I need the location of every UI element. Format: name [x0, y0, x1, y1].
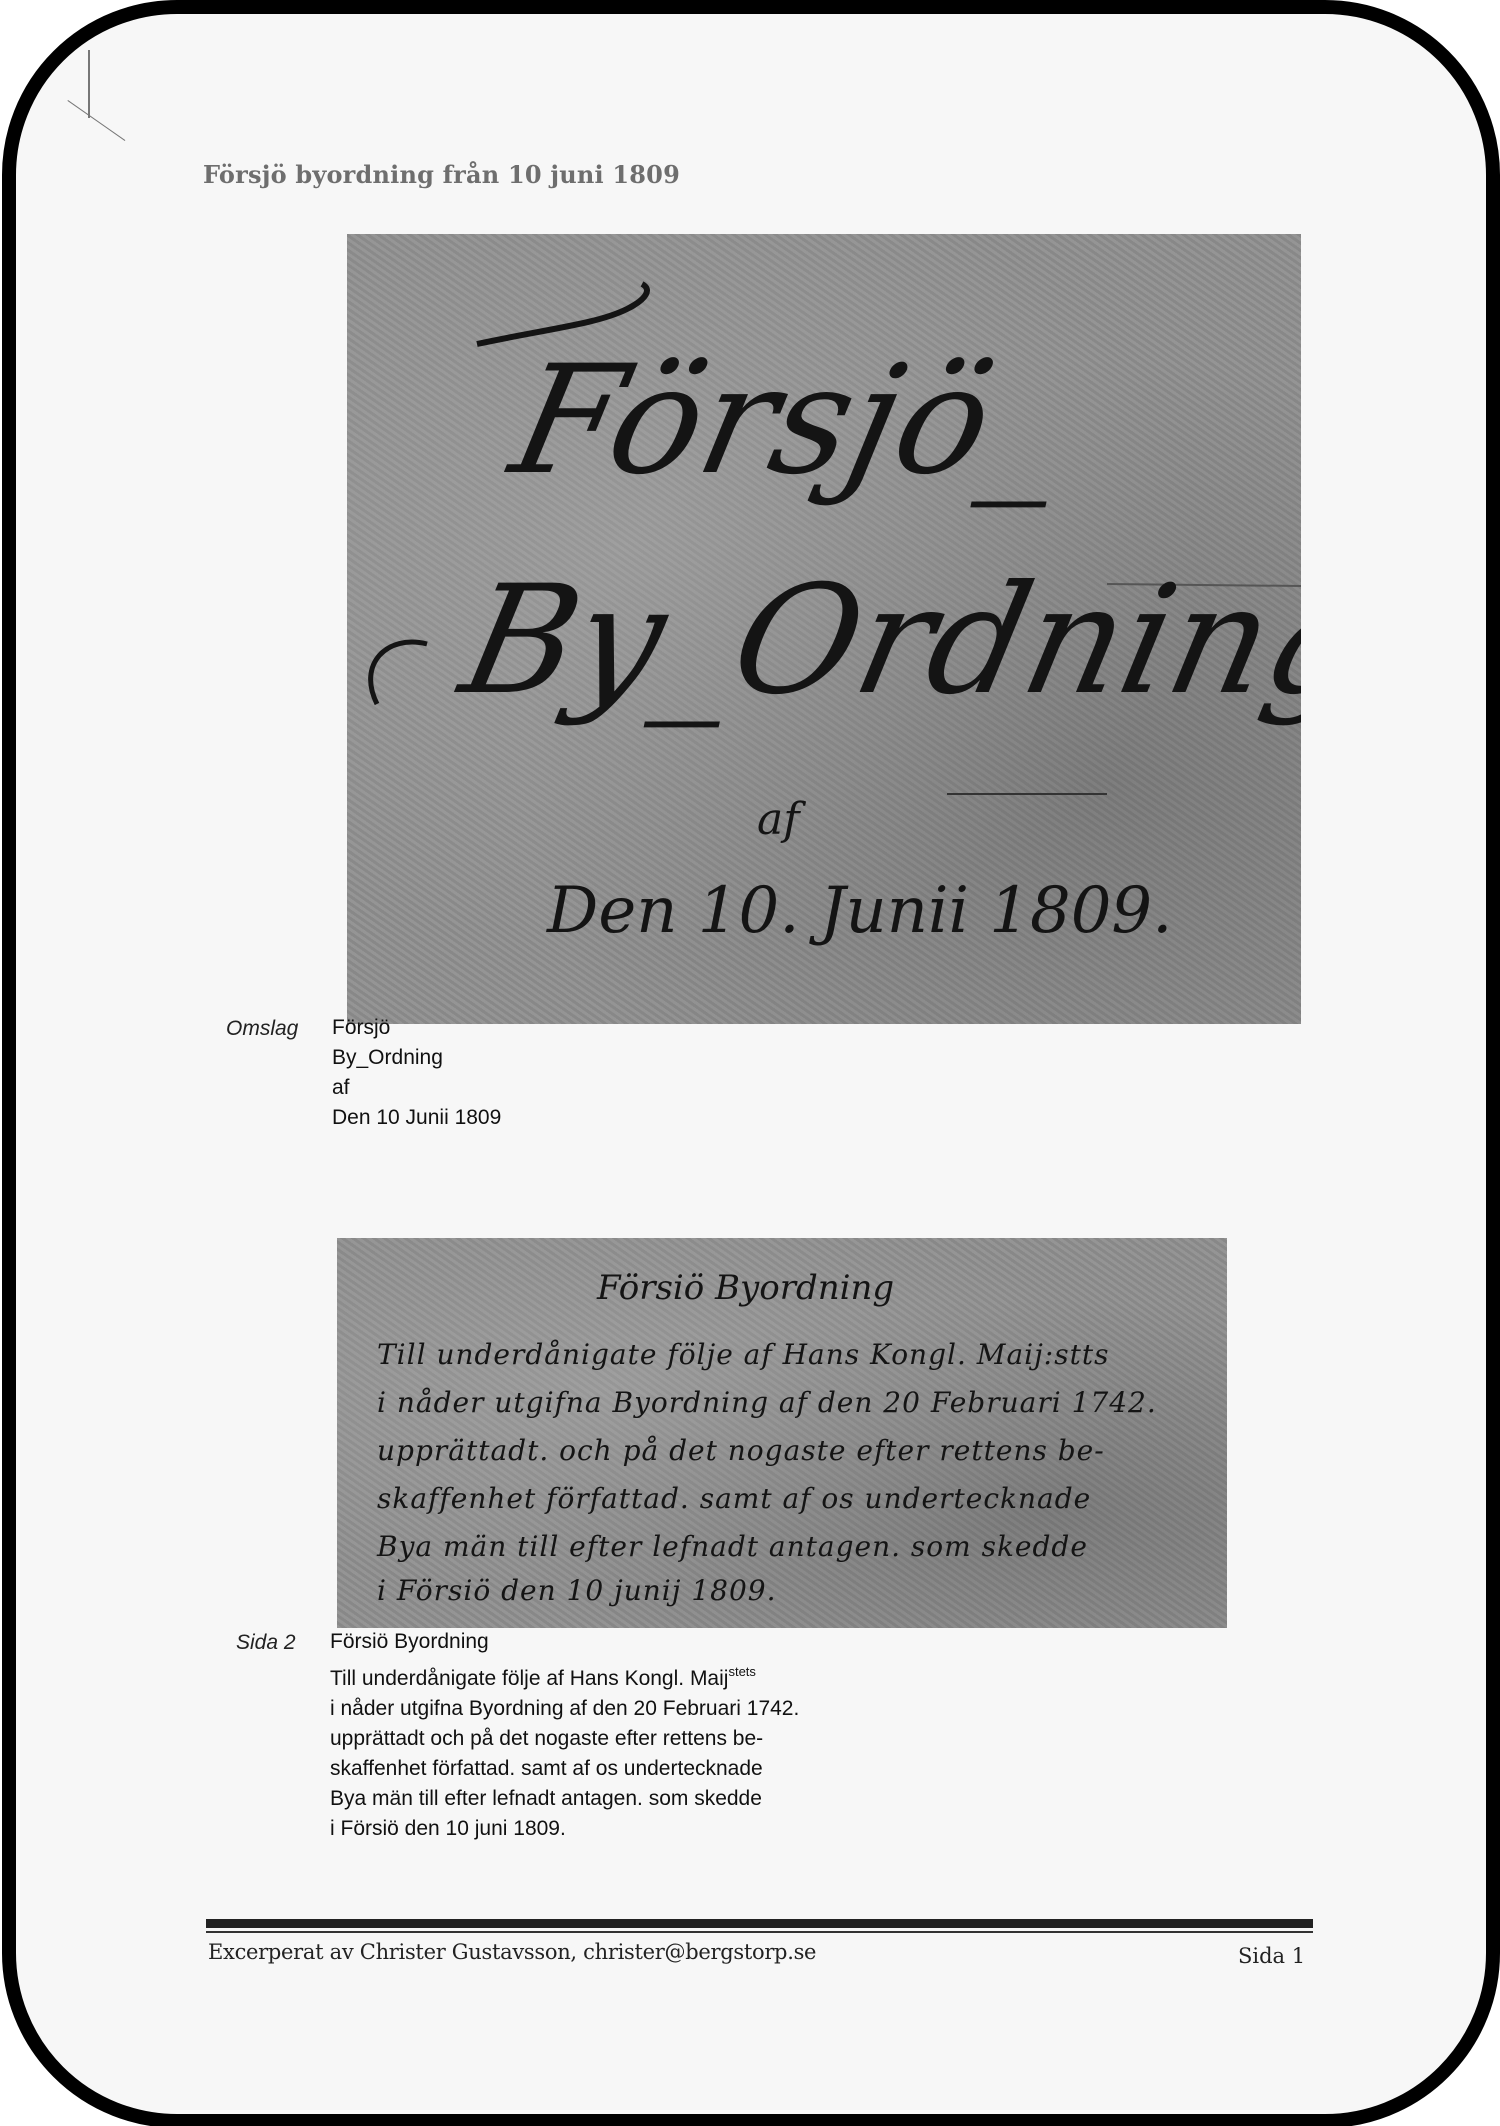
- page-title: Försjö byordning från 10 juni 1809: [203, 160, 680, 189]
- footer-author: Excerperat av Christer Gustavsson, chris…: [208, 1940, 816, 1964]
- footer-page-number: Sida 1: [1238, 1944, 1305, 1968]
- transcription-line: By_Ordning: [332, 1043, 501, 1073]
- transcription-line: Försjö: [332, 1013, 501, 1043]
- transcription-line: Till underdånigate följe af Hans Kongl. …: [330, 1657, 799, 1694]
- caption-sida-2-transcription: Försiö Byordning Till underdånigate följ…: [330, 1627, 799, 1844]
- transcription-line: upprättadt och på det nogaste efter rett…: [330, 1724, 799, 1754]
- page-2-handwriting-line: Bya män till efter lefnadt antagen. som …: [377, 1530, 1088, 1563]
- footer-divider: [206, 1919, 1313, 1928]
- cover-handwriting-line-3: af: [757, 794, 800, 845]
- scan-artifact-line: [88, 50, 90, 118]
- cover-handwriting-line-2: By_Ordning: [449, 554, 1301, 728]
- transcription-line: i Försiö den 10 juni 1809.: [330, 1814, 799, 1844]
- superscript: stets: [728, 1664, 755, 1679]
- transcription-heading: Försiö Byordning: [330, 1627, 799, 1657]
- transcription-line: i nåder utgifna Byordning af den 20 Febr…: [330, 1694, 799, 1724]
- cover-handwriting-line-1: Försjö_: [499, 334, 1083, 508]
- transcription-line: Den 10 Junii 1809: [332, 1103, 501, 1133]
- page-2-handwriting-line: i Försiö den 10 junij 1809.: [377, 1574, 776, 1607]
- cover-photo: Försjö_ By_Ordning af Den 10. Junii 1809…: [347, 234, 1301, 1024]
- transcription-line: af: [332, 1073, 501, 1103]
- footer-divider-thin: [206, 1931, 1313, 1933]
- transcription-line: Bya män till efter lefnadt antagen. som …: [330, 1784, 799, 1814]
- page-2-handwriting-line: upprättadt. och på det nogaste efter ret…: [377, 1434, 1105, 1467]
- transcription-line: skaffenhet författad. samt af os underte…: [330, 1754, 799, 1784]
- caption-label-omslag: Omslag: [226, 1017, 298, 1041]
- page-2-handwriting-line: skaffenhet författad. samt af os underte…: [377, 1482, 1091, 1515]
- caption-label-sida-2: Sida 2: [236, 1631, 296, 1655]
- cover-handwriting-line-4: Den 10. Junii 1809.: [547, 874, 1172, 948]
- page-2-handwriting-line: i nåder utgifna Byordning af den 20 Febr…: [377, 1386, 1157, 1419]
- page-2-photo: Försiö Byordning Till underdånigate följ…: [337, 1238, 1227, 1628]
- page-2-handwriting-line: Till underdånigate följe af Hans Kongl. …: [377, 1338, 1109, 1371]
- caption-omslag-transcription: Försjö By_Ordning af Den 10 Junii 1809: [332, 1013, 501, 1133]
- page-2-handwriting-heading: Försiö Byordning: [597, 1268, 894, 1308]
